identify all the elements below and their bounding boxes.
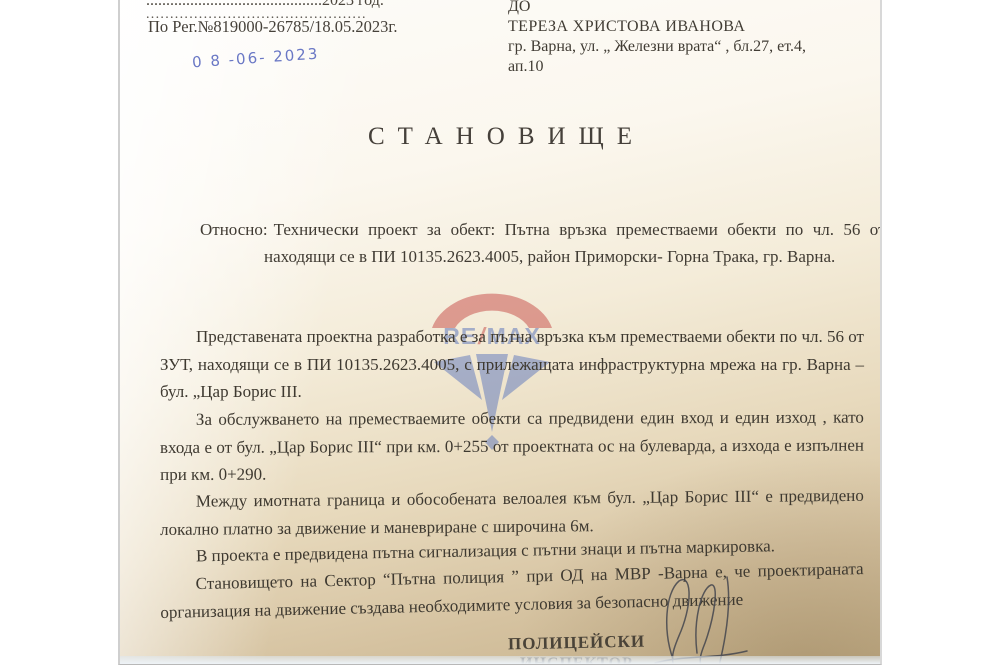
subject-block: Относно:Технически проект за обект: Пътн… bbox=[200, 216, 882, 270]
scanned-letter-photo: ........................................… bbox=[118, 0, 882, 665]
document-title: СТАНОВИЩЕ bbox=[120, 123, 880, 151]
recipient-address-line1: гр. Варна, ул. „ Железни врата“ , бл.27,… bbox=[508, 37, 868, 57]
subject-text: Технически проект за обект: Пътна връзка… bbox=[264, 220, 882, 266]
registration-number-line: По Рег.№819000-26785/18.05.2023г. bbox=[148, 17, 397, 37]
subject-label: Относно: bbox=[200, 220, 274, 239]
recipient-name: ТЕРЕЗА ХРИСТОВА ИВАНОВА bbox=[508, 17, 868, 37]
recipient-block: ДО ТЕРЕЗА ХРИСТОВА ИВАНОВА гр. Варна, ул… bbox=[508, 0, 868, 77]
recipient-to-label: ДО bbox=[508, 0, 868, 17]
recipient-address-line2: ап.10 bbox=[508, 57, 868, 77]
signoff-title-line1: ПОЛИЦЕЙСКИ bbox=[508, 632, 645, 655]
handwritten-signature bbox=[635, 571, 775, 665]
scan-bottom-strip bbox=[120, 656, 880, 664]
paragraph-2: За обслужването на преместваемите обекти… bbox=[160, 403, 864, 488]
date-stamp: 0 8 -06- 2023 bbox=[192, 45, 320, 72]
paragraph-1: Представената проектна разработка е за п… bbox=[160, 323, 864, 406]
